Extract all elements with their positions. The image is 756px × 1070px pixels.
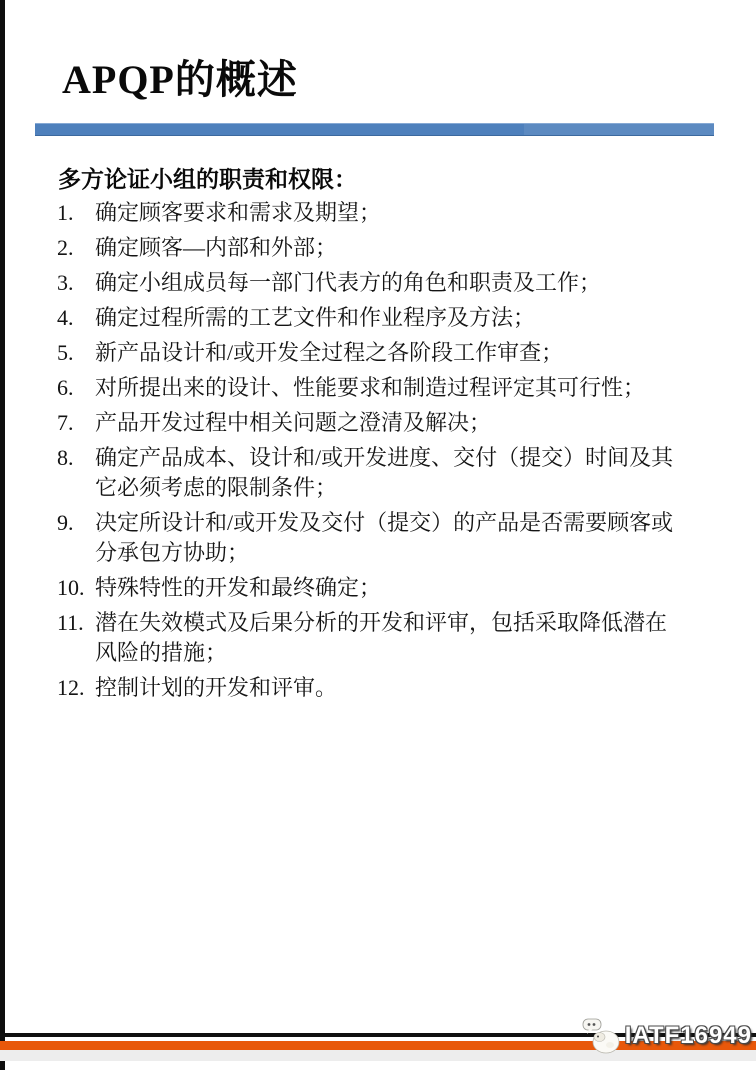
list-item: 12.控制计划的开发和评审。 [0,673,720,703]
item-text: 确定过程所需的工艺文件和作业程序及方法； [95,303,680,333]
list-item: 4.确定过程所需的工艺文件和作业程序及方法； [0,303,720,333]
title-underline-bar [35,123,714,136]
item-number: 5. [57,338,95,368]
list-item: 9.决定所设计和/或开发及交付（提交）的产品是否需要顾客或分承包方协助； [0,508,720,568]
presentation-slide: APQP的概述 多方论证小组的职责和权限： 1.确定顾客要求和需求及期望；2.确… [0,0,756,1070]
item-number: 10. [57,573,95,603]
item-number: 4. [57,303,95,333]
item-number: 11. [57,608,95,638]
item-text: 特殊特性的开发和最终确定； [95,573,680,603]
item-text: 产品开发过程中相关问题之澄清及解决； [95,408,680,438]
list-item: 1.确定顾客要求和需求及期望； [0,198,720,228]
item-text: 潜在失效模式及后果分析的开发和评审，包括采取降低潜在风险的措施； [95,608,680,668]
list-item: 3.确定小组成员每一部门代表方的角色和职责及工作； [0,268,720,298]
list-item: 2.确定顾客—内部和外部； [0,233,720,263]
item-number: 12. [57,673,95,703]
item-text: 对所提出来的设计、性能要求和制造过程评定其可行性； [95,373,680,403]
item-number: 1. [57,198,95,228]
watermark-text: IATF16949 [625,1022,752,1050]
item-text: 决定所设计和/或开发及交付（提交）的产品是否需要顾客或分承包方协助； [95,508,680,568]
item-text: 确定产品成本、设计和/或开发进度、交付（提交）时间及其它必须考虑的限制条件； [95,443,680,503]
item-number: 8. [57,443,95,473]
list-item: 6.对所提出来的设计、性能要求和制造过程评定其可行性； [0,373,720,403]
list-item: 8.确定产品成本、设计和/或开发进度、交付（提交）时间及其它必须考虑的限制条件； [0,443,720,503]
item-text: 确定小组成员每一部门代表方的角色和职责及工作； [95,268,680,298]
list-item: 10.特殊特性的开发和最终确定； [0,573,720,603]
item-text: 控制计划的开发和评审。 [95,673,680,703]
item-number: 7. [57,408,95,438]
item-number: 6. [57,373,95,403]
watermark: IATF16949 [581,1018,752,1054]
item-text: 确定顾客要求和需求及期望； [95,198,680,228]
list-item: 5.新产品设计和/或开发全过程之各阶段工作审查； [0,338,720,368]
item-text: 确定顾客—内部和外部； [95,233,680,263]
item-number: 3. [57,268,95,298]
item-number: 9. [57,508,95,538]
item-text: 新产品设计和/或开发全过程之各阶段工作审查； [95,338,680,368]
section-heading: 多方论证小组的职责和权限： [58,161,357,194]
list-item: 11.潜在失效模式及后果分析的开发和评审，包括采取降低潜在风险的措施； [0,608,720,668]
item-number: 2. [57,233,95,263]
slide-title: APQP的概述 [62,48,298,105]
list-item: 7.产品开发过程中相关问题之澄清及解决； [0,408,720,438]
responsibilities-list: 1.确定顾客要求和需求及期望；2.确定顾客—内部和外部；3.确定小组成员每一部门… [0,198,720,708]
sheep-mascot-icon [581,1018,623,1054]
